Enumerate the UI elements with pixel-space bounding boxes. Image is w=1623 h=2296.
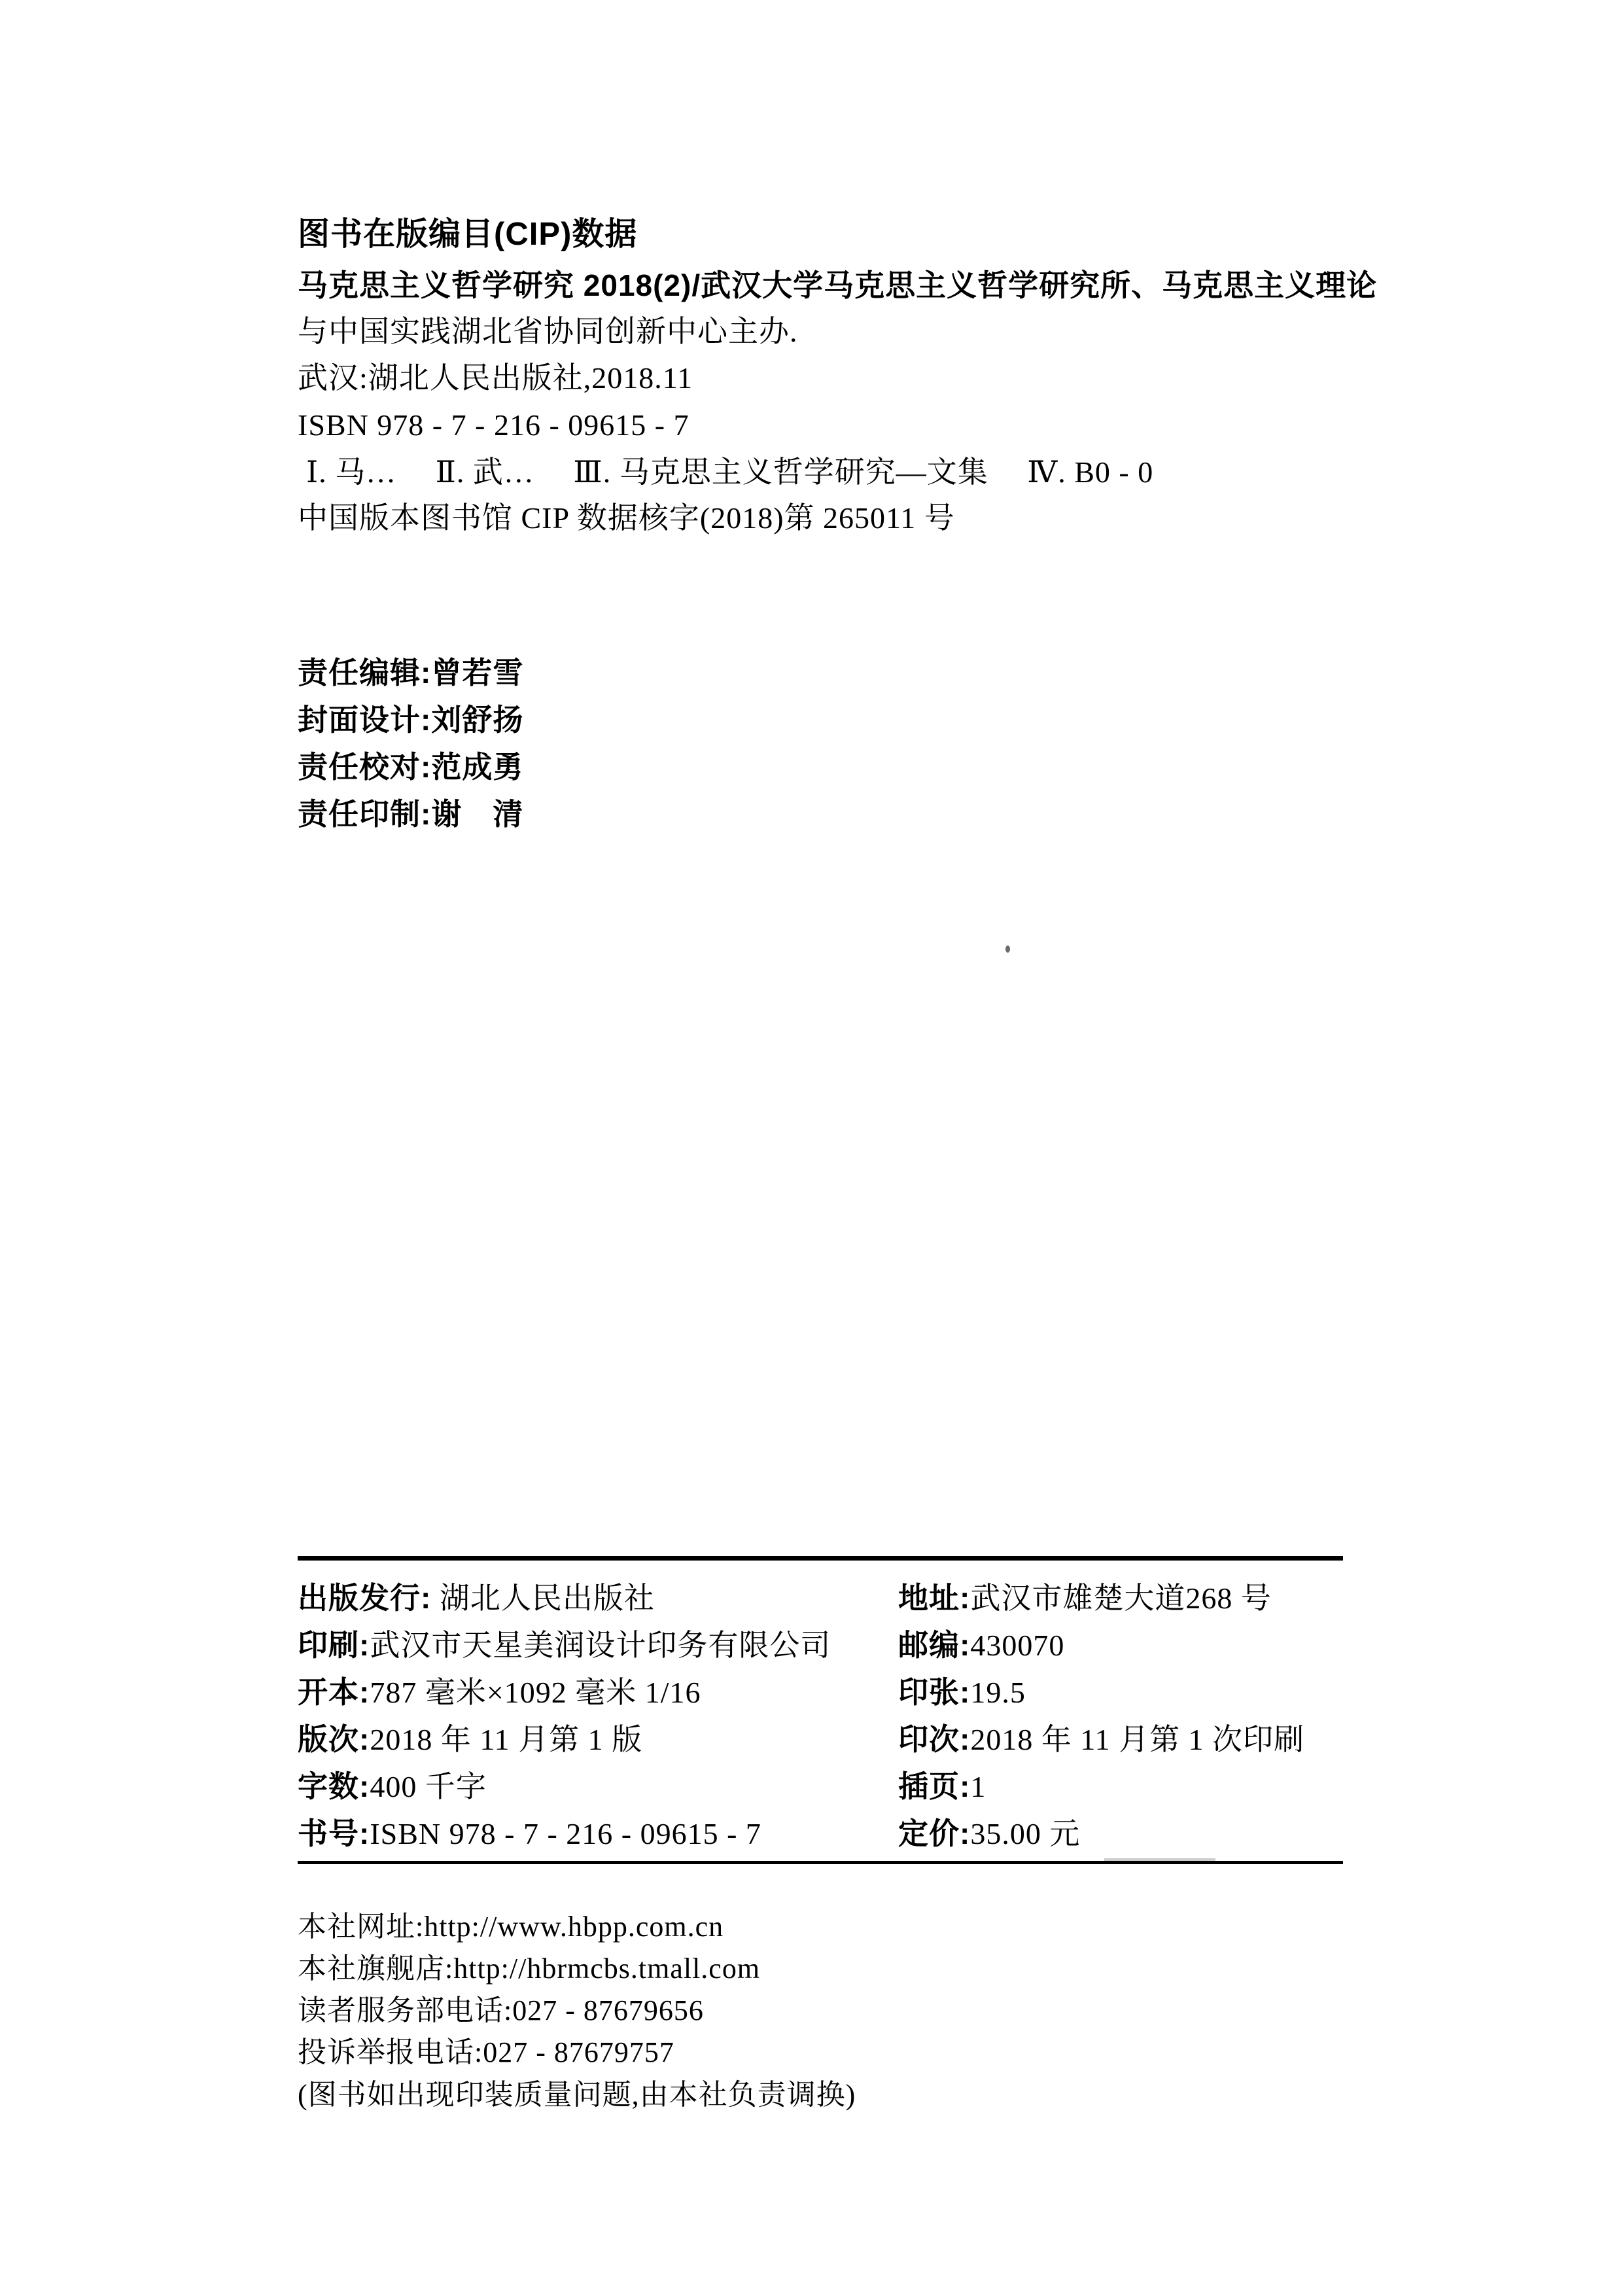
colophon-row-format: 开本:787 毫米×1092 毫米 1/16 印张:19.5	[298, 1674, 1344, 1713]
credit-line-cover-design: 封面设计:刘舒扬	[298, 701, 523, 738]
cip-classification-line: Ⅰ. 马… Ⅱ. 武… Ⅲ. 马克思主义哲学研究—文集 Ⅳ. B0 - 0	[306, 454, 1153, 491]
field-label: 印张:	[898, 1675, 970, 1709]
credit-line-proofreader: 责任校对:范成勇	[298, 749, 523, 785]
bottom-rule	[298, 1861, 1343, 1864]
cip-record-number-line: 中国版本图书馆 CIP 数据核字(2018)第 265011 号	[298, 500, 955, 537]
cip-isbn-line: ISBN 978 - 7 - 216 - 09615 - 7	[298, 407, 689, 444]
field-value: 400 千字	[370, 1770, 487, 1803]
colophon-row-isbn-price: 书号:ISBN 978 - 7 - 216 - 09615 - 7 定价:35.…	[298, 1815, 1344, 1854]
field-label: 插页:	[898, 1769, 970, 1803]
credit-label: 封面设计:	[298, 703, 431, 737]
field-label: 字数:	[298, 1769, 370, 1803]
field-label: 开本:	[298, 1675, 370, 1709]
colophon-row-printer: 印刷:武汉市天星美润设计印务有限公司 邮编:430070	[298, 1627, 1344, 1666]
field-value: 2018 年 11 月第 1 次印刷	[970, 1723, 1304, 1756]
field-label: 印次:	[898, 1722, 970, 1756]
colophon-row-edition: 版次:2018 年 11 月第 1 版 印次:2018 年 11 月第 1 次印…	[298, 1721, 1344, 1760]
field-value: 19.5	[970, 1676, 1026, 1709]
credit-label: 责任校对:	[298, 750, 431, 784]
field-value: 湖北人民出版社	[431, 1581, 655, 1615]
field-value: 2018 年 11 月第 1 版	[370, 1723, 642, 1756]
field-label: 版次:	[298, 1722, 370, 1756]
reader-service-phone-line: 读者服务部电话:027 - 87679656	[298, 1993, 704, 2028]
field-label: 印刷:	[298, 1628, 370, 1662]
credit-value: 范成勇	[431, 750, 523, 784]
field-value: 787 毫米×1092 毫米 1/16	[370, 1676, 701, 1709]
credit-value: 曾若雪	[431, 656, 523, 690]
credit-label: 责任编辑:	[298, 656, 431, 690]
credit-value: 刘舒扬	[431, 703, 523, 737]
field-value: 35.00 元	[970, 1817, 1080, 1850]
colophon-row-publisher: 出版发行: 湖北人民出版社 地址:武汉市雄楚大道268 号	[298, 1580, 1344, 1619]
credit-line-print-supervisor: 责任印制:谢 清	[298, 796, 523, 832]
cip-title: 图书在版编目(CIP)数据	[298, 215, 637, 255]
field-value: 武汉市雄楚大道268 号	[970, 1581, 1272, 1615]
scan-smudge	[1104, 1858, 1215, 1861]
field-value: ISBN 978 - 7 - 216 - 09615 - 7	[370, 1817, 761, 1850]
credit-label: 责任印制:	[298, 797, 431, 831]
website-line: 本社网址:http://www.hbpp.com.cn	[298, 1909, 724, 1945]
field-value: 430070	[970, 1629, 1064, 1662]
credit-value: 谢 清	[431, 797, 523, 831]
scan-speck	[1005, 945, 1010, 953]
field-value: 武汉市天星美润设计印务有限公司	[370, 1629, 831, 1662]
cip-entry-line-2: 与中国实践湖北省协同创新中心主办.	[298, 313, 798, 350]
cip-imprint-line: 武汉:湖北人民出版社,2018.11	[298, 360, 693, 397]
field-label: 定价:	[898, 1816, 970, 1850]
field-value: 1	[970, 1770, 986, 1803]
flagship-store-line: 本社旗舰店:http://hbrmcbs.tmall.com	[298, 1951, 760, 1987]
quality-notice-line: (图书如出现印装质量问题,由本社负责调换)	[298, 2077, 856, 2113]
complaint-phone-line: 投诉举报电话:027 - 87679757	[298, 2035, 674, 2070]
copyright-page: 图书在版编目(CIP)数据 马克思主义哲学研究 2018(2)/武汉大学马克思主…	[0, 0, 1623, 2296]
top-rule	[298, 1556, 1343, 1561]
field-label: 出版发行:	[298, 1581, 431, 1615]
credit-line-editor: 责任编辑:曾若雪	[298, 654, 523, 691]
field-label: 书号:	[298, 1816, 370, 1850]
field-label: 地址:	[898, 1581, 970, 1615]
field-label: 邮编:	[898, 1628, 970, 1662]
colophon-row-word-count: 字数:400 千字 插页:1	[298, 1768, 1344, 1807]
cip-entry-line-1: 马克思主义哲学研究 2018(2)/武汉大学马克思主义哲学研究所、马克思主义理论	[298, 267, 1377, 304]
